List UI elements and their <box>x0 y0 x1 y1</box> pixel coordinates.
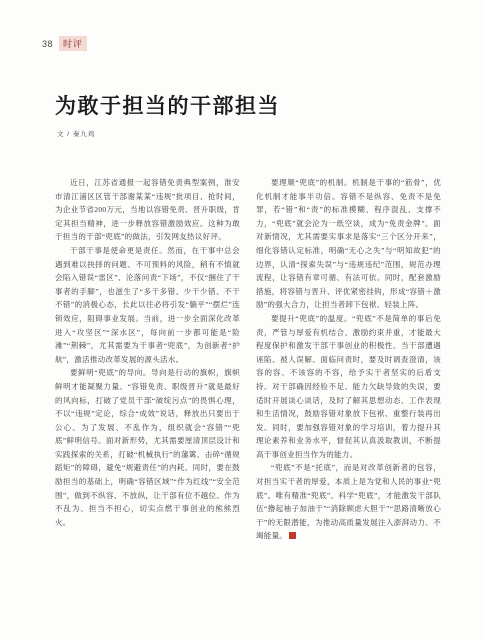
page-number: 38 <box>42 39 53 49</box>
paragraph: 近日，江苏省通报一起容错免责典型案例，淮安市清江浦区区管干部谢某某“违规”批项目… <box>55 176 240 244</box>
article-body: 近日，江苏省通报一起容错免责典型案例，淮安市清江浦区区管干部谢某某“违规”批项目… <box>55 176 441 543</box>
article-title: 为敢于担当的干部担当 <box>55 90 435 120</box>
left-column: 近日，江苏省通报一起容错免责典型案例，淮安市清江浦区区管干部谢某某“违规”批项目… <box>55 176 240 543</box>
paragraph: 要理顺“兜底”的机制。机制是干事的“筋骨”，优化机制才能事半功倍。容错不是纵容、… <box>256 176 441 312</box>
article-end-mark-icon <box>289 532 296 539</box>
section-label: 时评 <box>59 36 87 51</box>
paragraph-text: “兜底”不是“托底”，而是对改革创新者的包容，对担当实干者的厚爱，本质上是为党和… <box>256 463 441 540</box>
article-byline: 文 / 秦九鸡 <box>57 129 95 138</box>
magazine-page: 38 时评 为敢于担当的干部担当 文 / 秦九鸡 近日，江苏省通报一起容错免责典… <box>0 0 485 640</box>
paragraph: “兜底”不是“托底”，而是对改革创新者的包容，对担当实干者的厚爱，本质上是为党和… <box>256 461 441 543</box>
right-column: 要理顺“兜底”的机制。机制是干事的“筋骨”，优化机制才能事半功倍。容错不是纵容、… <box>256 176 441 543</box>
page-header: 38 时评 <box>42 36 87 51</box>
paragraph: 干部干事是使命更是责任。然而，在干事中总会遇到难以抉择的问题、不可预料的风险，稍… <box>55 244 240 366</box>
paragraph: 要提升“兜底”的温度。“兜底”不是简单的事后免责，严管与厚爱有机结合、激励约束并… <box>256 312 441 462</box>
paragraph: 要鲜明“兜底”的导向。导向是行动的旗帜，旗帜鲜明才能凝聚力量。“容错免责、职级晋… <box>55 366 240 529</box>
